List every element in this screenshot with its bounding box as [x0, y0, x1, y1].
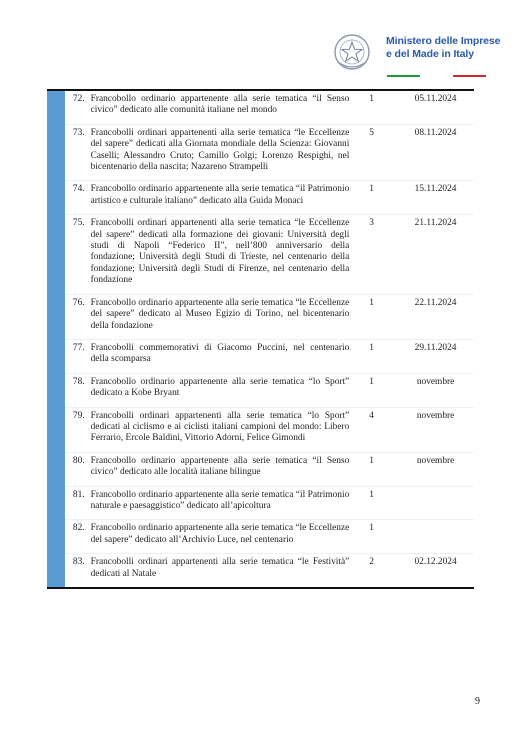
- table-side-band: [47, 91, 65, 587]
- table-row: 81.Francobollo ordinario appartenente al…: [47, 486, 474, 520]
- row-description: Francobolli ordinari appartenenti alla s…: [88, 215, 350, 294]
- row-description: Francobolli ordinari appartenenti alla s…: [88, 124, 350, 181]
- table-row: 82.Francobollo ordinario appartenente al…: [47, 520, 474, 554]
- row-description: Francobolli commemorativi di Giacomo Puc…: [88, 339, 350, 373]
- row-quantity: 3: [349, 215, 397, 294]
- table-row: 75.Francobolli ordinari appartenenti all…: [47, 215, 474, 294]
- flag-stripe-green: [387, 75, 420, 77]
- row-number: 72.: [63, 91, 87, 124]
- row-number: 77.: [63, 339, 87, 373]
- row-quantity: 4: [349, 407, 397, 452]
- table-bottom-rule: [47, 587, 474, 589]
- row-quantity: 5: [349, 124, 397, 181]
- ministry-name-line2: e del Made in Italy: [386, 48, 500, 61]
- row-number: 81.: [63, 486, 87, 520]
- row-description: Francobollo ordinario appartenente alla …: [88, 294, 350, 339]
- row-description: Francobollo ordinario appartenente alla …: [88, 452, 350, 486]
- row-number: 74.: [63, 181, 87, 215]
- table-row: 83.Francobolli ordinari appartenenti all…: [47, 554, 474, 587]
- italian-republic-emblem-icon: [332, 32, 372, 74]
- row-date: novembre: [397, 373, 474, 407]
- row-quantity: 2: [349, 554, 397, 587]
- table-row: 76.Francobollo ordinario appartenente al…: [47, 294, 474, 339]
- row-date: 29.11.2024: [397, 339, 474, 373]
- row-date: 08.11.2024: [397, 124, 474, 181]
- row-date: novembre: [397, 407, 474, 452]
- row-date: 21.11.2024: [397, 215, 474, 294]
- table-row: 73.Francobolli ordinari appartenenti all…: [47, 124, 474, 181]
- row-quantity: 1: [349, 452, 397, 486]
- row-description: Francobolli ordinari appartenenti alla s…: [88, 554, 350, 587]
- row-date: 02.12.2024: [397, 554, 474, 587]
- row-description: Francobollo ordinario appartenente alla …: [88, 520, 350, 554]
- row-quantity: 1: [349, 294, 397, 339]
- ministry-header: Ministero delle Imprese e del Made in It…: [330, 30, 530, 85]
- row-description: Francobollo ordinario appartenente alla …: [88, 486, 350, 520]
- row-date: 05.11.2024: [397, 91, 474, 124]
- row-description: Francobollo ordinario appartenente alla …: [88, 91, 350, 124]
- row-number: 80.: [63, 452, 87, 486]
- row-number: 73.: [63, 124, 87, 181]
- row-description: Francobollo ordinario appartenente alla …: [88, 181, 350, 215]
- row-number: 76.: [63, 294, 87, 339]
- row-date: [397, 486, 474, 520]
- ministry-name: Ministero delle Imprese e del Made in It…: [386, 35, 500, 61]
- row-date: [397, 520, 474, 554]
- row-number: 83.: [63, 554, 87, 587]
- row-number: 79.: [63, 407, 87, 452]
- row-number: 82.: [63, 520, 87, 554]
- table-row: 79.Francobolli ordinari appartenenti all…: [47, 407, 474, 452]
- table-row: 80.Francobollo ordinario appartenente al…: [47, 452, 474, 486]
- table-row: 77.Francobolli commemorativi di Giacomo …: [47, 339, 474, 373]
- table-row: 72.Francobollo ordinario appartenente al…: [47, 91, 474, 124]
- row-quantity: 1: [349, 339, 397, 373]
- row-quantity: 1: [349, 520, 397, 554]
- table-row: 74.Francobollo ordinario appartenente al…: [47, 181, 474, 215]
- page-number: 9: [475, 696, 480, 707]
- ministry-name-line1: Ministero delle Imprese: [386, 35, 500, 48]
- row-quantity: 1: [349, 486, 397, 520]
- row-description: Francobollo ordinario appartenente alla …: [88, 373, 350, 407]
- table-row: 78.Francobollo ordinario appartenente al…: [47, 373, 474, 407]
- row-date: novembre: [397, 452, 474, 486]
- row-date: 15.11.2024: [397, 181, 474, 215]
- row-number: 78.: [63, 373, 87, 407]
- row-quantity: 1: [349, 373, 397, 407]
- row-date: 22.11.2024: [397, 294, 474, 339]
- row-quantity: 1: [349, 181, 397, 215]
- row-description: Francobolli ordinari appartenenti alla s…: [88, 407, 350, 452]
- flag-stripe-red: [453, 75, 486, 77]
- stamp-issues-table: 72.Francobollo ordinario appartenente al…: [47, 89, 474, 589]
- row-quantity: 1: [349, 91, 397, 124]
- row-number: 75.: [63, 215, 87, 294]
